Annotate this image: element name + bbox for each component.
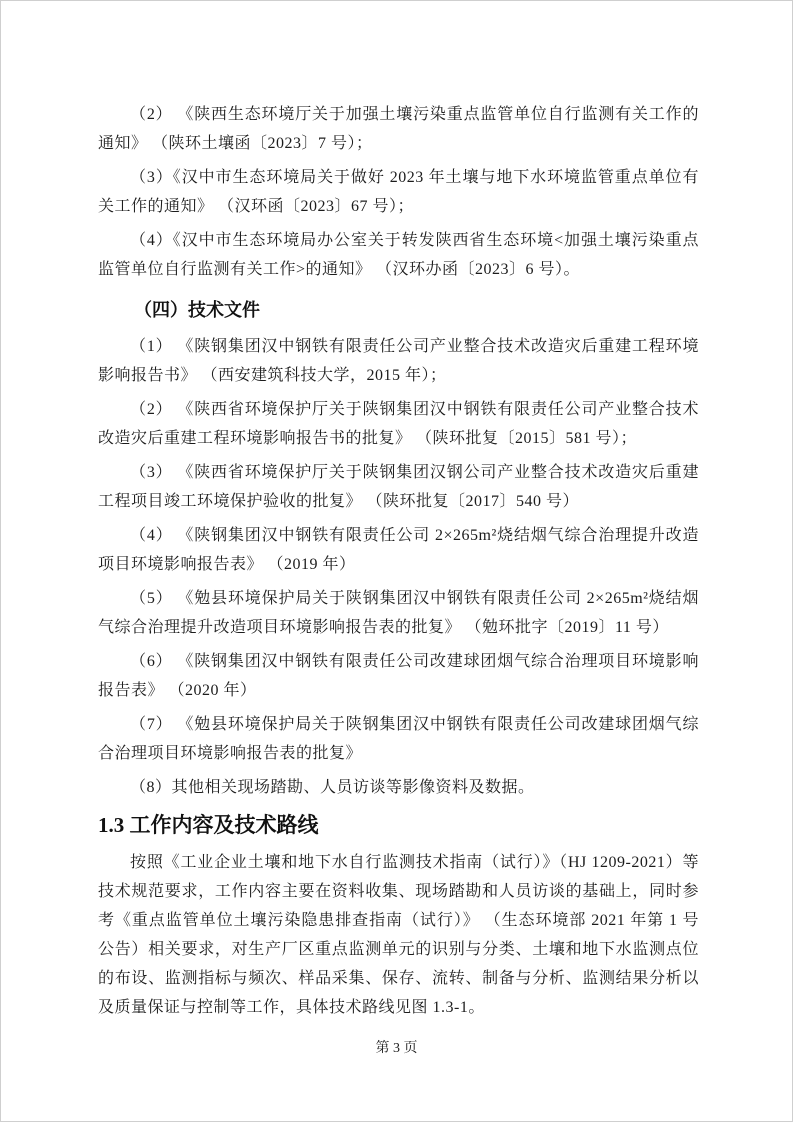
tech-doc-item-8: （8）其他相关现场踏勘、人员访谈等影像资料及数据。: [98, 773, 699, 802]
heading-section-1-3: 1.3 工作内容及技术路线: [98, 810, 699, 840]
tech-doc-item-2: （2） 《陕西省环境保护厅关于陕钢集团汉中钢铁有限责任公司产业整合技术改造灾后重…: [98, 395, 699, 453]
page-footer: 第 3 页: [1, 1039, 792, 1059]
tech-doc-item-5: （5） 《勉县环境保护局关于陕钢集团汉中钢铁有限责任公司 2×265m²烧结烟气…: [98, 584, 699, 642]
tech-doc-item-1: （1） 《陕钢集团汉中钢铁有限责任公司产业整合技术改造灾后重建工程环境影响报告书…: [98, 332, 699, 390]
heading-technical-documents: （四）技术文件: [98, 296, 699, 325]
page-number: 第 3 页: [376, 1041, 418, 1056]
document-page: （2） 《陕西生态环境厅关于加强土壤污染重点监管单位自行监测有关工作的通知》 （…: [0, 0, 793, 1122]
notice-item-2: （2） 《陕西生态环境厅关于加强土壤污染重点监管单位自行监测有关工作的通知》 （…: [98, 100, 699, 158]
page-content: （2） 《陕西生态环境厅关于加强土壤污染重点监管单位自行监测有关工作的通知》 （…: [1, 1, 792, 1022]
tech-doc-item-7: （7） 《勉县环境保护局关于陕钢集团汉中钢铁有限责任公司改建球团烟气综合治理项目…: [98, 710, 699, 768]
tech-doc-item-4: （4） 《陕钢集团汉中钢铁有限责任公司 2×265m²烧结烟气综合治理提升改造项…: [98, 521, 699, 579]
tech-doc-item-3: （3） 《陕西省环境保护厅关于陕钢集团汉钢公司产业整合技术改造灾后重建工程项目竣…: [98, 458, 699, 516]
tech-doc-item-6: （6） 《陕钢集团汉中钢铁有限责任公司改建球团烟气综合治理项目环境影响报告表》 …: [98, 647, 699, 705]
notice-item-3: （3）《汉中市生态环境局关于做好 2023 年土壤与地下水环境监管重点单位有关工…: [98, 163, 699, 221]
section-1-3-paragraph: 按照《工业企业土壤和地下水自行监测技术指南（试行）》（HJ 1209-2021）…: [98, 848, 699, 1022]
notice-item-4: （4）《汉中市生态环境局办公室关于转发陕西省生态环境<加强土壤污染重点监管单位自…: [98, 226, 699, 284]
